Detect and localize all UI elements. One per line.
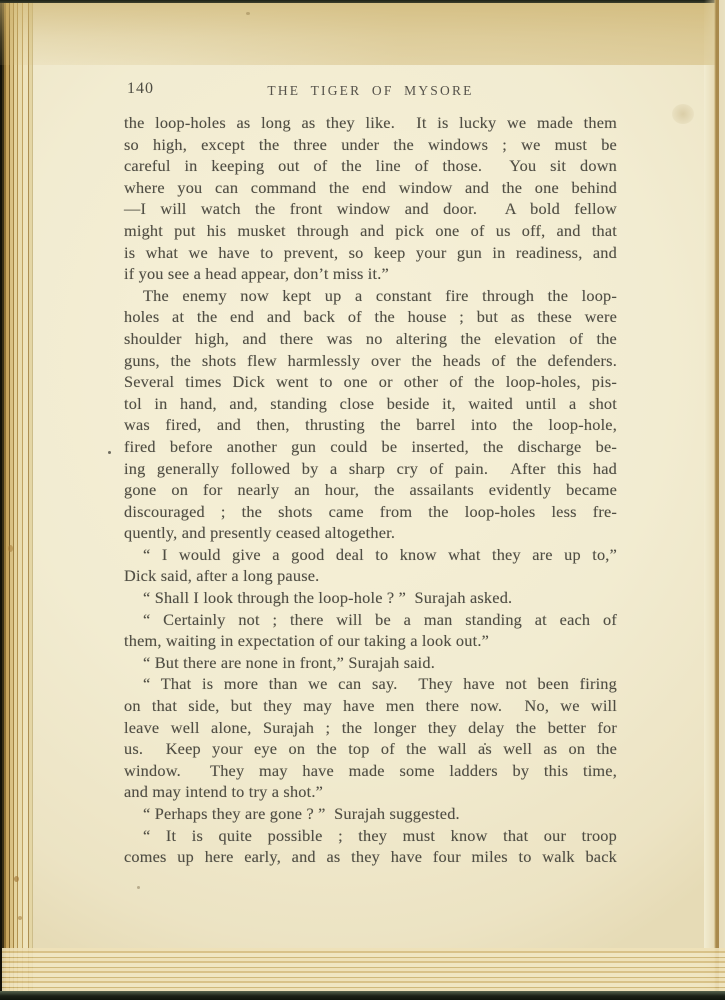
text-line: careful in keeping out of the line of th… xyxy=(124,155,617,177)
text-line: Dick said, after a long pause. xyxy=(124,565,617,587)
text-line: “ Shall I look through the loop-hole ? ”… xyxy=(124,587,617,609)
page-stack-bottom-edge xyxy=(2,948,725,992)
text-line: “ It is quite possible ; they must know … xyxy=(124,825,617,847)
page-right-edge xyxy=(704,0,725,1000)
text-line: so high, except the three under the wind… xyxy=(124,134,617,156)
text-line: on that side, but they may have men ther… xyxy=(124,695,617,717)
text-line: “ But there are none in front,” Surajah … xyxy=(124,652,617,674)
text-line: “ Perhaps they are gone ? ” Surajah sugg… xyxy=(124,803,617,825)
page-stack-top-shadow xyxy=(0,3,725,65)
text-line: the loop-holes as long as they like. It … xyxy=(124,112,617,134)
body-text: the loop-holes as long as they like. It … xyxy=(124,112,617,868)
edge-foxing-spot xyxy=(8,545,13,552)
text-line: “ I would give a good deal to know what … xyxy=(124,544,617,566)
text-line: fired before another gun could be insert… xyxy=(124,436,617,458)
paper-speck-artifact xyxy=(137,886,140,889)
text-line: window. They may have made some ladders … xyxy=(124,760,617,782)
text-line: ing generally followed by a sharp cry of… xyxy=(124,458,617,480)
text-line: and may intend to try a shot.” xyxy=(124,781,617,803)
edge-foxing-spot xyxy=(18,916,22,920)
text-line: them, waiting in expectation of our taki… xyxy=(124,630,617,652)
text-line: was fired, and then, thrusting the barre… xyxy=(124,414,617,436)
running-title: THE TIGER OF MYSORE xyxy=(124,83,617,99)
text-line: might put his musket through and pick on… xyxy=(124,220,617,242)
text-line: —I will watch the front window and door.… xyxy=(124,198,617,220)
text-line: discouraged ; the shots came from the lo… xyxy=(124,501,617,523)
text-line: The enemy now kept up a constant fire th… xyxy=(124,285,617,307)
page-stack-left-edge xyxy=(0,0,33,1000)
text-line: guns, the shots flew harmlessly over the… xyxy=(124,350,617,372)
text-line: where you can command the end window and… xyxy=(124,177,617,199)
book-cover-bottom-edge xyxy=(0,991,725,1000)
text-line: tol in hand, and, standing close beside … xyxy=(124,393,617,415)
running-head: 140 THE TIGER OF MYSORE xyxy=(124,80,617,98)
print-speck-artifact xyxy=(484,743,486,745)
text-line: is what we have to prevent, so keep your… xyxy=(124,242,617,264)
text-line: leave well alone, Surajah ; the longer t… xyxy=(124,717,617,739)
paper-stain-artifact xyxy=(672,104,694,124)
paper-speck-artifact xyxy=(246,12,250,15)
text-line: Several times Dick went to one or other … xyxy=(124,371,617,393)
book-cover-top-edge xyxy=(0,0,725,3)
text-line: “ Certainly not ; there will be a man st… xyxy=(124,609,617,631)
text-line: quently, and presently ceased altogether… xyxy=(124,522,617,544)
book-page-scan: 140 THE TIGER OF MYSORE the loop-holes a… xyxy=(0,0,725,1000)
text-line: “ That is more than we can say. They hav… xyxy=(124,673,617,695)
margin-dot-artifact xyxy=(108,451,111,454)
text-line: shoulder high, and there was no altering… xyxy=(124,328,617,350)
edge-foxing-spot xyxy=(14,876,19,882)
text-line: comes up here early, and as they have fo… xyxy=(124,846,617,868)
text-line: if you see a head appear, don’t miss it.… xyxy=(124,263,617,285)
text-line: holes at the end and back of the house ;… xyxy=(124,306,617,328)
text-line: gone on for nearly an hour, the assailan… xyxy=(124,479,617,501)
text-line: us. Keep your eye on the top of the wall… xyxy=(124,738,617,760)
